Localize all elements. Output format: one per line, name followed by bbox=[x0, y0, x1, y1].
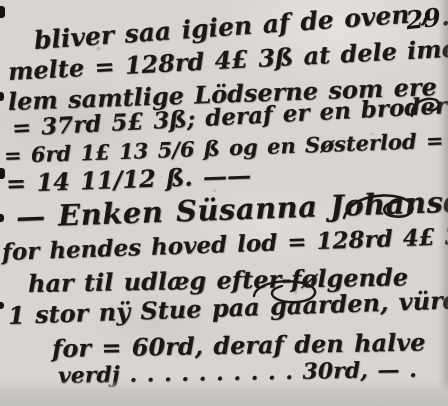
scan-right-shadow bbox=[438, 0, 448, 406]
scan-edge-artifact bbox=[0, 168, 5, 179]
scan-bottom-shadow bbox=[0, 380, 448, 406]
scan-edge-artifact bbox=[0, 302, 4, 309]
scan-edge-artifact bbox=[0, 92, 4, 101]
manuscript-page: 29. bliver saa igien af de oven , melte … bbox=[0, 0, 448, 406]
scan-edge-artifact bbox=[0, 6, 5, 18]
scan-edge-artifact bbox=[0, 214, 4, 222]
